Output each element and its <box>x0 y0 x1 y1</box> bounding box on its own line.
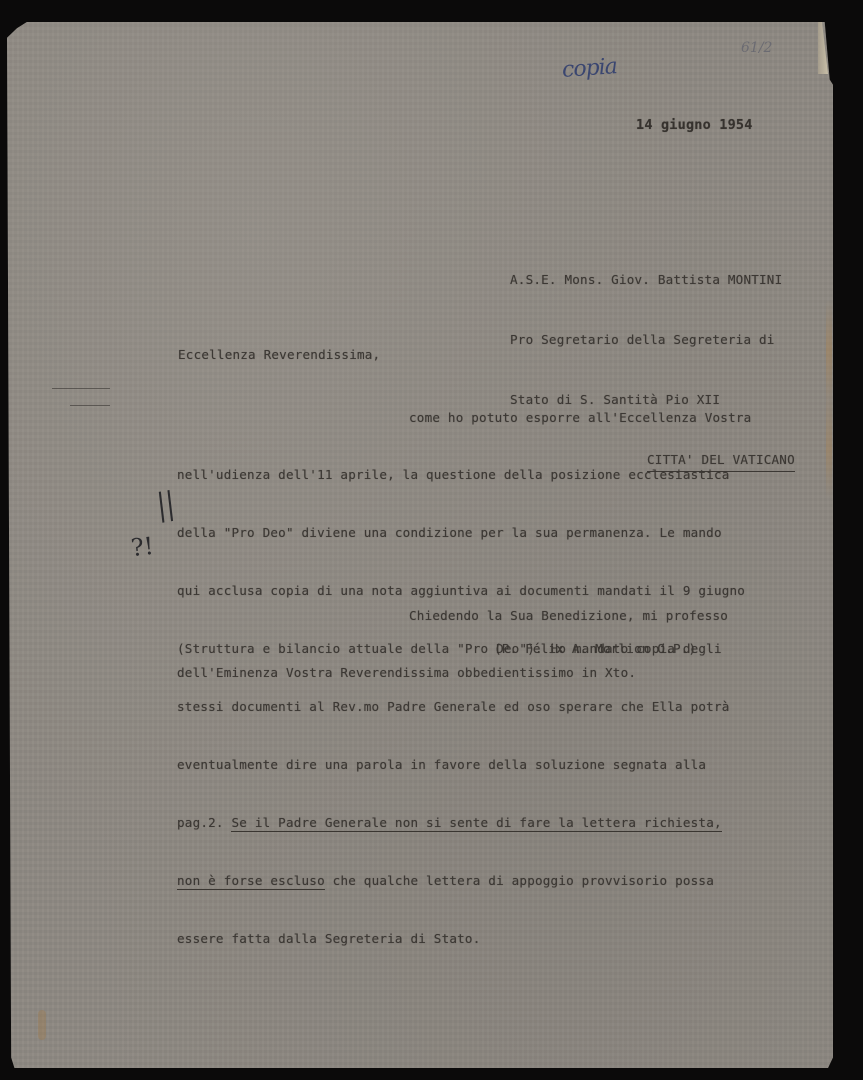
letter-date: 14 giugno 1954 <box>636 117 753 133</box>
margin-mark-question: ?! <box>130 532 155 562</box>
paper-stain <box>38 1010 46 1040</box>
body-line-underlined-passage: non è forse escluso che qualche lettera … <box>177 871 751 890</box>
recipient-line-1: A.S.E. Mons. Giov. Battista MONTINI <box>510 270 795 290</box>
archive-number: 61/2 <box>741 40 772 56</box>
closing-line: dell'Eminenza Vostra Reverendissima obbe… <box>177 663 728 682</box>
body-text: pag.2. <box>177 815 231 830</box>
document-scan: copia 61/2 || ?! 14 giugno 1954 A.S.E. M… <box>0 0 863 1080</box>
body-text: che qualche lettera di appoggio provviso… <box>325 873 714 888</box>
margin-rule-mark <box>52 388 110 389</box>
body-line: come ho potuto esporre all'Eccellenza Vo… <box>177 408 751 427</box>
paper-stain-edge <box>826 300 832 500</box>
body-line: della "Pro Deo" diviene una condizione p… <box>177 523 751 542</box>
body-line: essere fatta dalla Segreteria di Stato. <box>177 929 751 948</box>
handwritten-copia-note: copia <box>561 54 617 83</box>
recipient-line-2: Pro Segretario della Segreteria di <box>510 330 795 350</box>
closing-line: Chiedendo la Sua Benedizione, mi profess… <box>177 606 728 625</box>
body-line-underlined-passage: pag.2. Se il Padre Generale non si sente… <box>177 813 751 832</box>
margin-rule-mark <box>70 405 110 406</box>
salutation: Eccellenza Reverendissima, <box>178 347 380 362</box>
pen-underlined-text: Se il Padre Generale non si sente di far… <box>231 815 721 832</box>
signature-line: (P. Félix A. Morlion O.P.) <box>494 641 696 656</box>
pen-underlined-text: non è forse escluso <box>177 873 325 890</box>
body-line: nell'udienza dell'11 aprile, la question… <box>177 465 751 484</box>
body-line: eventualmente dire una parola in favore … <box>177 755 751 774</box>
